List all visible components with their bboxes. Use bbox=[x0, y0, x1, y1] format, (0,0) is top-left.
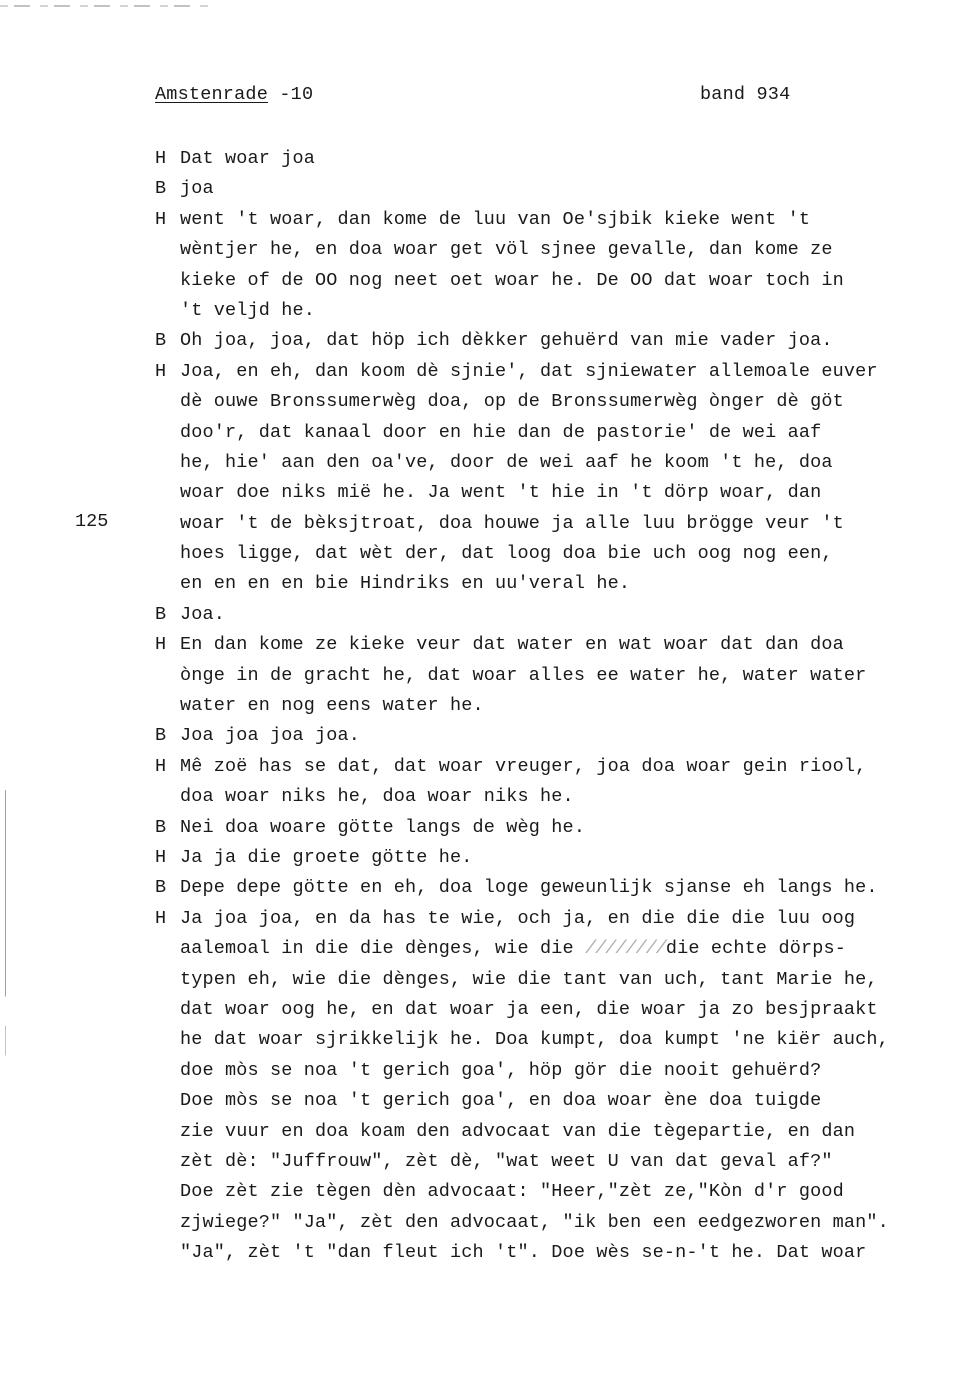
transcript-line: HMê zoë has se dat, dat woar vreuger, jo… bbox=[155, 752, 965, 782]
speaker-label: H bbox=[155, 205, 180, 235]
line-text: Dat woar joa bbox=[180, 148, 315, 169]
speaker-label: H bbox=[155, 843, 180, 873]
scan-artifact-top bbox=[0, 5, 210, 7]
transcript-line: woar doe niks mië he. Ja went 't hie in … bbox=[155, 478, 965, 508]
line-text: Ja joa joa, en da has te wie, och ja, en… bbox=[180, 908, 855, 929]
line-text: wèntjer he, en doa woar get völ sjnee ge… bbox=[180, 239, 833, 260]
page-number: -10 bbox=[279, 84, 313, 105]
scan-artifact-left bbox=[5, 790, 6, 1380]
transcript-line: BJoa. bbox=[155, 600, 965, 630]
line-text-continued: die echte dörps- bbox=[666, 938, 846, 959]
transcript-line: HJoa, en eh, dan koom dè sjnie', dat sjn… bbox=[155, 357, 965, 387]
transcript-line: 't veljd he. bbox=[155, 296, 965, 326]
line-text: Joa joa joa joa. bbox=[180, 725, 360, 746]
line-text: Mê zoë has se dat, dat woar vreuger, joa… bbox=[180, 756, 866, 777]
transcript-line: Hwent 't woar, dan kome de luu van Oe'sj… bbox=[155, 205, 965, 235]
line-text: Doe zèt zie tègen dèn advocaat: "Heer,"z… bbox=[180, 1181, 844, 1202]
transcript-line: Doe zèt zie tègen dèn advocaat: "Heer,"z… bbox=[155, 1177, 965, 1207]
transcript-line: zèt dè: "Juffrouw", zèt dè, "wat weet U … bbox=[155, 1147, 965, 1177]
speaker-label: H bbox=[155, 904, 180, 934]
line-text: zjwiege?" "Ja", zèt den advocaat, "ik be… bbox=[180, 1212, 889, 1233]
speaker-label: B bbox=[155, 813, 180, 843]
line-text: Ja ja die groete götte he. bbox=[180, 847, 473, 868]
transcript-line: doe mòs se noa 't gerich goa', höp gör d… bbox=[155, 1056, 965, 1086]
line-text: woar doe niks mië he. Ja went 't hie in … bbox=[180, 482, 821, 503]
transcript-line: "Ja", zèt 't "dan fleut ich 't". Doe wès… bbox=[155, 1238, 965, 1268]
speaker-label: B bbox=[155, 326, 180, 356]
transcript-line: wèntjer he, en doa woar get völ sjnee ge… bbox=[155, 235, 965, 265]
line-text: "Ja", zèt 't "dan fleut ich 't". Doe wès… bbox=[180, 1242, 866, 1263]
line-text: aalemoal in die die dènges, wie die bbox=[180, 938, 574, 959]
transcript-line: BDepe depe götte en eh, doa loge geweunl… bbox=[155, 873, 965, 903]
transcript-line: dè ouwe Bronssumerwèg doa, op de Bronssu… bbox=[155, 387, 965, 417]
line-text: went 't woar, dan kome de luu van Oe'sjb… bbox=[180, 209, 810, 230]
line-text: joa bbox=[180, 178, 214, 199]
transcript-line: en en en en bie Hindriks en uu'veral he. bbox=[155, 569, 965, 599]
line-text: zèt dè: "Juffrouw", zèt dè, "wat weet U … bbox=[180, 1151, 833, 1172]
transcript-line: typen eh, wie die dènges, wie die tant v… bbox=[155, 965, 965, 995]
line-text: woar 't de bèksjtroat, doa houwe ja alle… bbox=[180, 513, 844, 534]
line-text: ònge in de gracht he, dat woar alles ee … bbox=[180, 665, 866, 686]
line-text: en en en en bie Hindriks en uu'veral he. bbox=[180, 573, 630, 594]
line-text: doe mòs se noa 't gerich goa', höp gör d… bbox=[180, 1060, 821, 1081]
line-text: dat woar oog he, en dat woar ja een, die… bbox=[180, 999, 878, 1020]
transcript-body: HDat woar joaBjoaHwent 't woar, dan kome… bbox=[155, 144, 965, 1268]
line-text: zie vuur en doa koam den advocaat van di… bbox=[180, 1121, 855, 1142]
transcript-line: zjwiege?" "Ja", zèt den advocaat, "ik be… bbox=[155, 1208, 965, 1238]
line-text: Joa. bbox=[180, 604, 225, 625]
line-text: he dat woar sjrikkelijk he. Doa kumpt, d… bbox=[180, 1029, 889, 1050]
line-counter: 125 bbox=[75, 511, 108, 532]
transcript-line: zie vuur en doa koam den advocaat van di… bbox=[155, 1117, 965, 1147]
speaker-label: H bbox=[155, 357, 180, 387]
line-text: 't veljd he. bbox=[180, 300, 315, 321]
transcript-line: doo'r, dat kanaal door en hie dan de pas… bbox=[155, 418, 965, 448]
speaker-label: B bbox=[155, 721, 180, 751]
line-text: hoes ligge, dat wèt der, dat loog doa bi… bbox=[180, 543, 833, 564]
redacted-text: //////// bbox=[585, 938, 666, 959]
transcript-line: dat woar oog he, en dat woar ja een, die… bbox=[155, 995, 965, 1025]
transcript-line: hoes ligge, dat wèt der, dat loog doa bi… bbox=[155, 539, 965, 569]
page-header: Amstenrade -10 band 934 bbox=[155, 84, 815, 108]
speaker-label: H bbox=[155, 144, 180, 174]
tape-number: band 934 bbox=[700, 84, 790, 105]
speaker-label: H bbox=[155, 630, 180, 660]
speaker-label: B bbox=[155, 174, 180, 204]
transcript-line: BOh joa, joa, dat höp ich dèkker gehuërd… bbox=[155, 326, 965, 356]
transcript-line: HJa ja die groete götte he. bbox=[155, 843, 965, 873]
transcript-line: he dat woar sjrikkelijk he. Doa kumpt, d… bbox=[155, 1025, 965, 1055]
line-text: Oh joa, joa, dat höp ich dèkker gehuërd … bbox=[180, 330, 833, 351]
transcript-line: HJa joa joa, en da has te wie, och ja, e… bbox=[155, 904, 965, 934]
transcript-line: BNei doa woare götte langs de wèg he. bbox=[155, 813, 965, 843]
transcript-line: woar 't de bèksjtroat, doa houwe ja alle… bbox=[155, 509, 965, 539]
transcript-line: he, hie' aan den oa've, door de wei aaf … bbox=[155, 448, 965, 478]
line-text: Doe mòs se noa 't gerich goa', en doa wo… bbox=[180, 1090, 821, 1111]
line-text: En dan kome ze kieke veur dat water en w… bbox=[180, 634, 844, 655]
transcript-line: kieke of de OO nog neet oet woar he. De … bbox=[155, 266, 965, 296]
speaker-label: B bbox=[155, 600, 180, 630]
transcript-line: aalemoal in die die dènges, wie die ////… bbox=[155, 934, 965, 964]
transcript-line: water en nog eens water he. bbox=[155, 691, 965, 721]
transcript-line: doa woar niks he, doa woar niks he. bbox=[155, 782, 965, 812]
place-name: Amstenrade bbox=[155, 84, 268, 105]
transcript-line: HDat woar joa bbox=[155, 144, 965, 174]
speaker-label: B bbox=[155, 873, 180, 903]
line-text: he, hie' aan den oa've, door de wei aaf … bbox=[180, 452, 833, 473]
line-text: doa woar niks he, doa woar niks he. bbox=[180, 786, 574, 807]
line-text: typen eh, wie die dènges, wie die tant v… bbox=[180, 969, 878, 990]
transcript-line: ònge in de gracht he, dat woar alles ee … bbox=[155, 661, 965, 691]
transcript-line: HEn dan kome ze kieke veur dat water en … bbox=[155, 630, 965, 660]
line-text: Nei doa woare götte langs de wèg he. bbox=[180, 817, 585, 838]
line-text: water en nog eens water he. bbox=[180, 695, 484, 716]
line-text: kieke of de OO nog neet oet woar he. De … bbox=[180, 270, 844, 291]
speaker-label: H bbox=[155, 752, 180, 782]
transcript-line: BJoa joa joa joa. bbox=[155, 721, 965, 751]
transcript-line: Doe mòs se noa 't gerich goa', en doa wo… bbox=[155, 1086, 965, 1116]
line-text: Depe depe götte en eh, doa loge geweunli… bbox=[180, 877, 878, 898]
line-text: Joa, en eh, dan koom dè sjnie', dat sjni… bbox=[180, 361, 878, 382]
document-page: Amstenrade -10 band 934 125 HDat woar jo… bbox=[0, 0, 973, 1393]
line-text: dè ouwe Bronssumerwèg doa, op de Bronssu… bbox=[180, 391, 844, 412]
line-text: doo'r, dat kanaal door en hie dan de pas… bbox=[180, 422, 821, 443]
transcript-line: Bjoa bbox=[155, 174, 965, 204]
